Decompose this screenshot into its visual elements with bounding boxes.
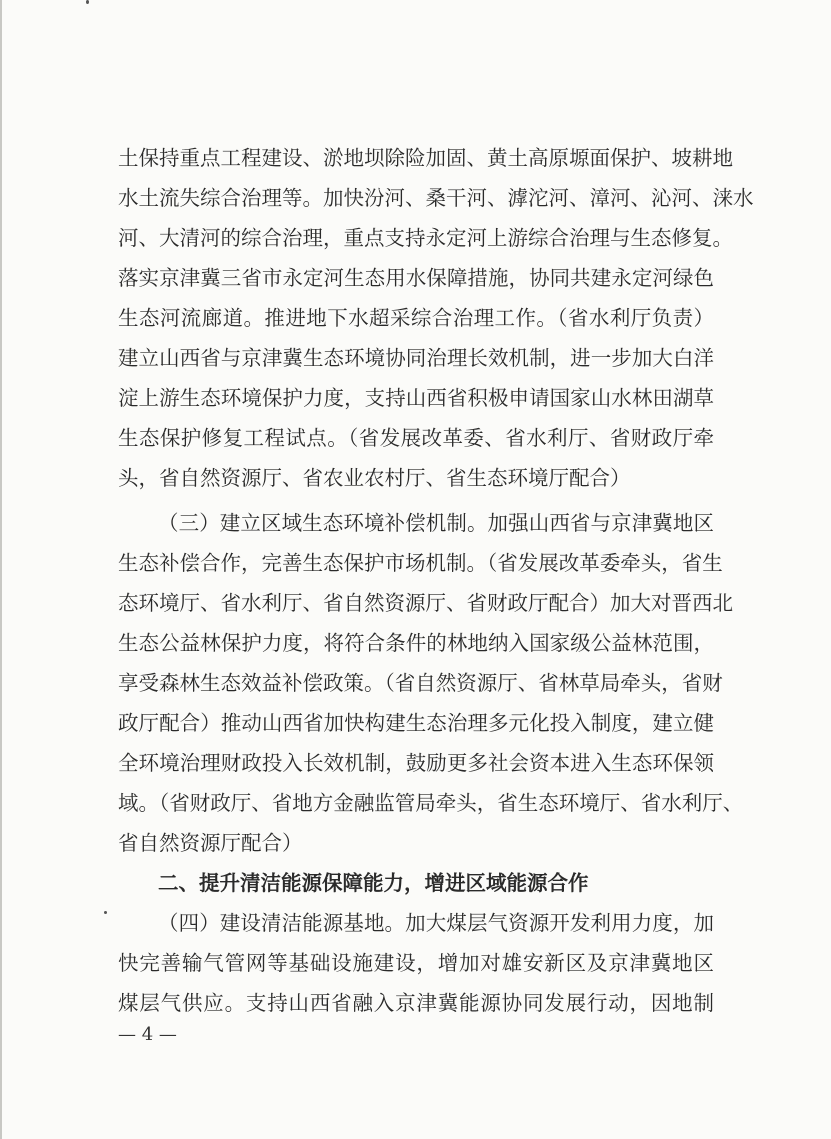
text-line: 全环境治理财政投入长效机制，鼓励更多社会资本进入生态环保领	[118, 743, 714, 783]
text-line: 快完善输气管网等基础设施建设，增加对雄安新区及京津冀地区	[118, 943, 714, 983]
text-line: 淀上游生态环境保护力度，支持山西省积极申请国家山水林田湖草	[118, 378, 714, 418]
text-line: 域。（省财政厅、省地方金融监管局牵头，省生态环境厅、省水利厅、	[118, 783, 714, 823]
text-line: 生态保护修复工程试点。（省发展改革委、省水利厅、省财政厅牵	[118, 418, 714, 458]
text-line: 土保持重点工程建设、淤地坝除险加固、黄土高原塬面保护、坡耕地	[118, 138, 714, 178]
text-line: 政厅配合）推动山西省加快构建生态治理多元化投入制度，建立健	[118, 703, 714, 743]
scan-page-edge	[0, 0, 2, 1139]
text-line: 享受森林生态效益补偿政策。（省自然资源厅、省林草局牵头，省财	[118, 663, 714, 703]
text-line: 煤层气供应。支持山西省融入京津冀能源协同发展行动，因地制	[118, 983, 714, 1023]
text-line: 河、大清河的综合治理，重点支持永定河上游综合治理与生态修复。	[118, 218, 714, 258]
section-heading: 二、提升清洁能源保障能力，增进区域能源合作	[158, 863, 714, 903]
scan-speck	[104, 911, 107, 914]
scan-speck	[86, 0, 89, 4]
text-line: 省自然资源厅配合）	[118, 823, 714, 863]
section-3-first-line: （三）建立区域生态环境补偿机制。加强山西省与京津冀地区	[158, 503, 714, 543]
text-line: 生态补偿合作，完善生态保护市场机制。（省发展改革委牵头，省生	[118, 543, 714, 583]
text-line: 生态公益林保护力度，将符合条件的林地纳入国家级公益林范围，	[118, 623, 714, 663]
text-line: 水土流失综合治理等。加快汾河、桑干河、滹沱河、漳河、沁河、涞水	[118, 178, 714, 218]
text-line: 建立山西省与京津冀生态环境协同治理长效机制，进一步加大白洋	[118, 338, 714, 378]
page-number: — 4 —	[118, 1020, 177, 1050]
text-line: 生态河流廊道。推进地下水超采综合治理工作。（省水利厅负责）	[118, 298, 714, 338]
text-line: 落实京津冀三省市永定河生态用水保障措施，协同共建永定河绿色	[118, 258, 714, 298]
text-line: 态环境厅、省水利厅、省自然资源厅、省财政厅配合）加大对晋西北	[118, 583, 714, 623]
text-line: 头，省自然资源厅、省农业农村厅、省生态环境厅配合）	[118, 458, 714, 498]
section-4-first-line: （四）建设清洁能源基地。加大煤层气资源开发利用力度，加	[158, 903, 714, 943]
